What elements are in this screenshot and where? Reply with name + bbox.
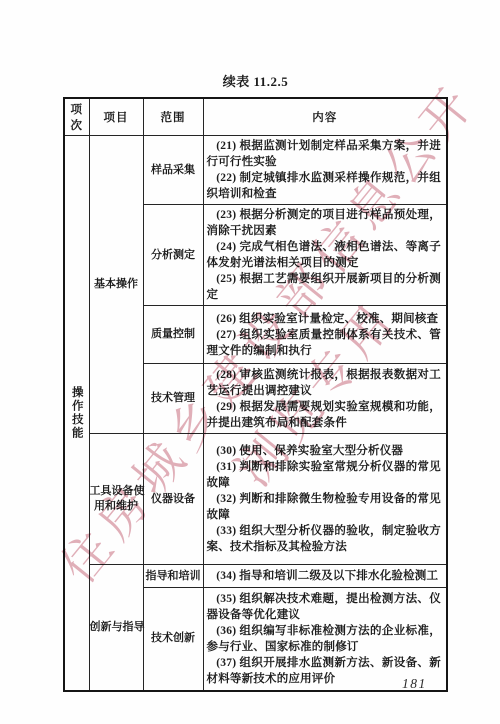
content-item: (28) 审核监测统计报表，根据报表数据对工艺运行提出调控建议 [207,367,442,399]
document-page: 续表 11.2.5 项次 项目 范围 内容 操作技能 基本操作 样品采集 (21… [0,0,500,724]
content-cell: (28) 审核监测统计报表，根据报表数据对工艺运行提出调控建议 (29) 根据发… [203,364,447,434]
scope-cell: 仪器设备 [143,434,203,565]
scope-cell: 技术管理 [143,364,203,434]
content-item: (36) 组织编写非标准检测方法的企业标准，参与行业、国家标准的制修订 [207,623,442,655]
scope-cell: 技术创新 [143,588,203,691]
content-item: (30) 使用、保养实验室大型分析仪器 [207,443,442,459]
project-cell-tools: 工具设备使 用和维护 [89,434,143,565]
table-title: 续表 11.2.5 [63,71,448,90]
content-item: (24) 完成气相色谱法、液相色谱法、等离子体发射光谱法相关项目的测定 [207,239,442,271]
scope-cell: 质量控制 [143,306,203,364]
content-item: (26) 组织实验室计量检定、校准、期间核查 [207,311,442,327]
category-cell: 操作技能 [64,136,89,691]
continuation-table: 项次 项目 范围 内容 操作技能 基本操作 样品采集 (21) 根据监测计划制定… [63,97,448,692]
content-item: (31) 判断和排除实验室常规分析仪器的常见故障 [207,459,442,491]
content-cell: (23) 根据分析测定的项目进行样品预处理，消除干扰因素 (24) 完成气相色谱… [203,205,447,306]
content-item: (22) 制定城镇排水监测采样操作规范，并组织培训和检查 [207,170,442,202]
content-item: (27) 组织实验室质量控制体系有关技术、管理文件的编制和执行 [207,327,442,359]
content-item: (35) 组织解决技术难题，提出检测方法、仪器设备等优化建议 [207,591,442,623]
col-header-scope: 范围 [143,98,203,136]
content-item: (33) 组织大型分析仪器的验收，制定验收方案、技术指标及其检验方法 [207,523,442,555]
table-row: 操作技能 基本操作 样品采集 (21) 根据监测计划制定样品采集方案，并进行可行… [64,136,447,205]
content-item: (23) 根据分析测定的项目进行样品预处理，消除干扰因素 [207,207,442,239]
table-row: 工具设备使 用和维护 仪器设备 (30) 使用、保养实验室大型分析仪器 (31)… [64,434,447,565]
table-row: 创新与指导 指导和培训 (34) 指导和培训二级及以下排水化验检测工 [64,565,447,588]
content-cell: (26) 组织实验室计量检定、校准、期间核查 (27) 组织实验室质量控制体系有… [203,306,447,364]
header-row: 项次 项目 范围 内容 [64,98,447,136]
scope-cell: 指导和培训 [143,565,203,588]
content-item: (29) 根据发展需要规划实验室规模和功能，并提出建筑布局和配套条件 [207,399,442,431]
content-cell: (21) 根据监测计划制定样品采集方案，并进行可行性实验 (22) 制定城镇排水… [203,136,447,205]
scope-cell: 分析测定 [143,205,203,306]
col-header-project: 项目 [89,98,143,136]
content-cell: (34) 指导和培训二级及以下排水化验检测工 [203,565,447,588]
col-header-item-no: 项次 [64,98,89,136]
content-item: (25) 根据工艺需要组织开展新项目的分析测定 [207,271,442,303]
category-label: 操作技能 [69,386,85,440]
col-header-content: 内容 [203,98,447,136]
content-item: (32) 判断和排除微生物检验专用设备的常见故障 [207,491,442,523]
scope-cell: 样品采集 [143,136,203,205]
project-cell-basic: 基本操作 [89,136,143,434]
content-item: (34) 指导和培训二级及以下排水化验检测工 [207,568,442,584]
content-cell: (30) 使用、保养实验室大型分析仪器 (31) 判断和排除实验室常规分析仪器的… [203,434,447,565]
project-cell-innovation: 创新与指导 [89,565,143,691]
page-number: 181 [402,676,427,692]
content-item: (21) 根据监测计划制定样品采集方案，并进行可行性实验 [207,138,442,170]
